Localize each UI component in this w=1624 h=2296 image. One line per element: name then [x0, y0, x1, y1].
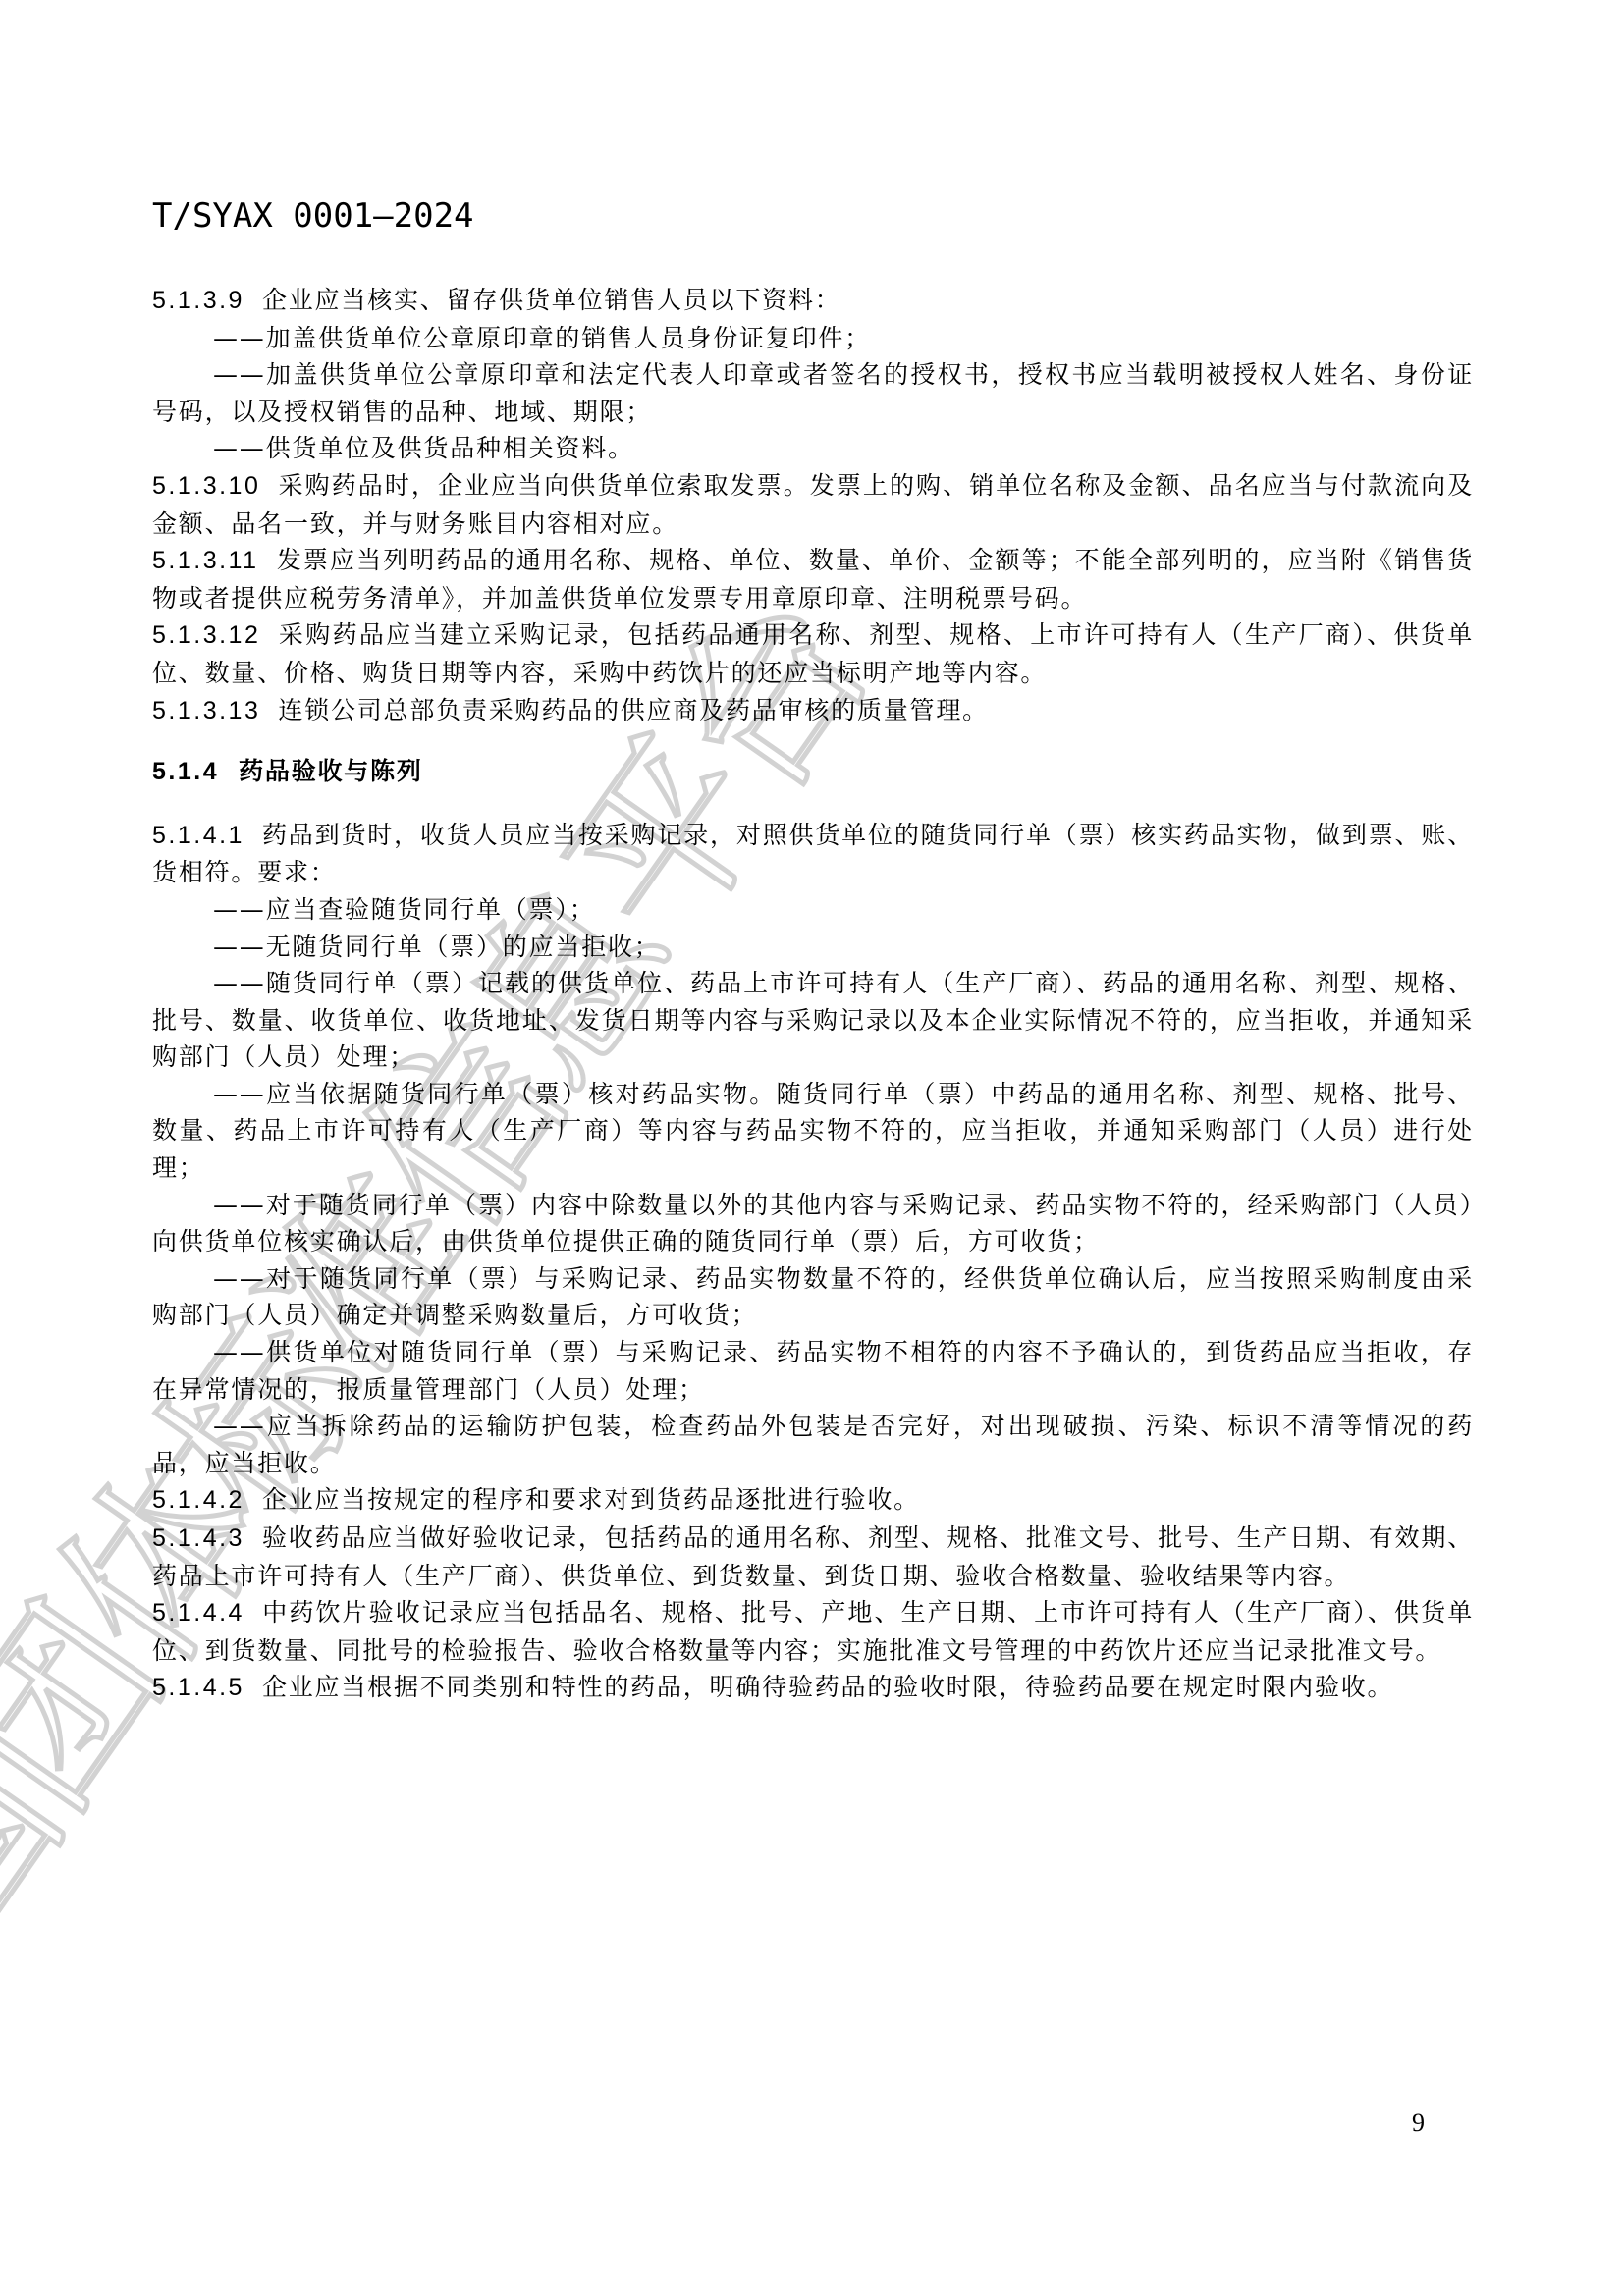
- clause-5-1-4-5: 5.1.4.5企业应当根据不同类别和特性的药品，明确待验药品的验收时限，待验药品…: [152, 1669, 1474, 1707]
- list-item: ——应当查验随货同行单（票）；: [152, 891, 1474, 929]
- clause-number: 5.1.4.3: [152, 1524, 244, 1552]
- clause-number: 5.1.3.13: [152, 697, 260, 724]
- clause-5-1-3-12: 5.1.3.12采购药品应当建立采购记录，包括药品通用名称、剂型、规格、上市许可…: [152, 616, 1474, 691]
- clause-text: 验收药品应当做好验收记录，包括药品的通用名称、剂型、规格、批准文号、批号、生产日…: [152, 1523, 1474, 1590]
- list-item: ——无随货同行单（票）的应当拒收；: [152, 929, 1474, 966]
- section-number: 5.1.4: [152, 758, 219, 785]
- clause-text: 中药饮片验收记录应当包括品名、规格、批号、产地、生产日期、上市许可持有人（生产厂…: [152, 1598, 1474, 1665]
- clause-5-1-3-10: 5.1.3.10采购药品时，企业应当向供货单位索取发票。发票上的购、销单位名称及…: [152, 467, 1474, 542]
- clause-number: 5.1.3.9: [152, 287, 244, 314]
- list-item: ——应当拆除药品的运输防护包装，检查药品外包装是否完好，对出现破损、污染、标识不…: [152, 1408, 1474, 1481]
- document-page: 全国团体标准信息平台 T/SYAX 0001—2024 5.1.3.9企业应当核…: [0, 0, 1624, 2296]
- standard-code-header: T/SYAX 0001—2024: [152, 196, 474, 236]
- clause-number: 5.1.3.11: [152, 547, 259, 574]
- list-item: ——对于随货同行单（票）内容中除数量以外的其他内容与采购记录、药品实物不符的，经…: [152, 1187, 1474, 1260]
- list-item: ——应当依据随货同行单（票）核对药品实物。随货同行单（票）中药品的通用名称、剂型…: [152, 1076, 1474, 1187]
- list-item: ——随货同行单（票）记载的供货单位、药品上市许可持有人（生产厂商）、药品的通用名…: [152, 965, 1474, 1076]
- list-item: ——加盖供货单位公章原印章的销售人员身份证复印件；: [152, 320, 1474, 357]
- clause-number: 5.1.4.5: [152, 1674, 244, 1701]
- section-heading-5-1-4: 5.1.4药品验收与陈列: [152, 753, 1474, 791]
- clause-number: 5.1.3.10: [152, 472, 260, 500]
- clause-number: 5.1.4.4: [152, 1599, 244, 1627]
- clause-number: 5.1.3.12: [152, 621, 260, 649]
- clause-text: 采购药品应当建立采购记录，包括药品通用名称、剂型、规格、上市许可持有人（生产厂商…: [152, 620, 1474, 687]
- clause-5-1-4-1: 5.1.4.1药品到货时，收货人员应当按采购记录，对照供货单位的随货同行单（票）…: [152, 817, 1474, 891]
- clause-text: 企业应当核实、留存供货单位销售人员以下资料：: [262, 286, 841, 314]
- section-title: 药品验收与陈列: [239, 757, 423, 785]
- clause-number: 5.1.4.1: [152, 822, 244, 849]
- list-item: ——供货单位对随货同行单（票）与采购记录、药品实物不相符的内容不予确认的，到货药…: [152, 1334, 1474, 1408]
- clause-text: 发票应当列明药品的通用名称、规格、单位、数量、单价、金额等；不能全部列明的，应当…: [152, 546, 1474, 613]
- clause-5-1-4-2: 5.1.4.2企业应当按规定的程序和要求对到货药品逐批进行验收。: [152, 1481, 1474, 1520]
- clause-text: 连锁公司总部负责采购药品的供应商及药品审核的质量管理。: [278, 696, 989, 724]
- clause-5-1-3-9: 5.1.3.9企业应当核实、留存供货单位销售人员以下资料：: [152, 282, 1474, 320]
- list-item: ——加盖供货单位公章原印章和法定代表人印章或者签名的授权书，授权书应当载明被授权…: [152, 356, 1474, 430]
- clause-5-1-4-4: 5.1.4.4中药饮片验收记录应当包括品名、规格、批号、产地、生产日期、上市许可…: [152, 1594, 1474, 1669]
- clause-number: 5.1.4.2: [152, 1486, 244, 1514]
- list-item: ——对于随货同行单（票）与采购记录、药品实物数量不符的，经供货单位确认后，应当按…: [152, 1260, 1474, 1334]
- clause-text: 企业应当根据不同类别和特性的药品，明确待验药品的验收时限，待验药品要在规定时限内…: [262, 1673, 1393, 1701]
- clause-5-1-3-13: 5.1.3.13连锁公司总部负责采购药品的供应商及药品审核的质量管理。: [152, 692, 1474, 730]
- document-body: 5.1.3.9企业应当核实、留存供货单位销售人员以下资料： ——加盖供货单位公章…: [152, 282, 1474, 1707]
- list-item: ——供货单位及供货品种相关资料。: [152, 430, 1474, 467]
- clause-text: 采购药品时，企业应当向供货单位索取发票。发票上的购、销单位名称及金额、品名应当与…: [152, 471, 1474, 538]
- clause-5-1-3-11: 5.1.3.11发票应当列明药品的通用名称、规格、单位、数量、单价、金额等；不能…: [152, 542, 1474, 616]
- clause-text: 企业应当按规定的程序和要求对到货药品逐批进行验收。: [262, 1485, 920, 1514]
- clause-5-1-4-3: 5.1.4.3验收药品应当做好验收记录，包括药品的通用名称、剂型、规格、批准文号…: [152, 1520, 1474, 1594]
- clause-text: 药品到货时，收货人员应当按采购记录，对照供货单位的随货同行单（票）核实药品实物，…: [152, 821, 1474, 887]
- page-number: 9: [1412, 2109, 1425, 2138]
